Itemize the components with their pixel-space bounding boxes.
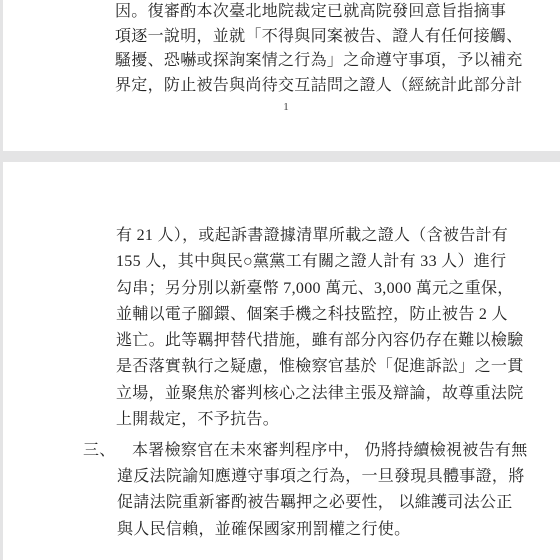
item-3-first-line-text: 本署檢察官在未來審判程序中， 仍將持續檢視被告有無: [132, 442, 528, 459]
text-line: 促請法院重新審酌被告羈押之必要性， 以維護司法公正: [3, 490, 560, 516]
text-line: 勾串；另分別以新臺幣 7,000 萬元、3,000 萬元之重保，: [3, 276, 560, 302]
text-line: 違反法院諭知應遵守事項之行為，一旦發現具體事證，將: [3, 464, 560, 490]
page-2-content: 有 21 人），或起訴書證據清單所載之證人（含被告計有155 人，其中與民○黨黨…: [3, 223, 560, 543]
text-line: 項逐一說明，並就「不得與同案被告、證人有任何接觸、: [3, 25, 560, 50]
text-line: 因。復審酌本次臺北地院裁定已就高院發回意旨指摘事: [3, 0, 560, 25]
document-viewer: 因。復審酌本次臺北地院裁定已就高院發回意旨指摘事項逐一說明，並就「不得與同案被告…: [0, 0, 560, 560]
item-3-wrapped-lines: 違反法院諭知應遵守事項之行為，一旦發現具體事證，將促請法院重新審酌被告羈押之必要…: [3, 464, 560, 543]
text-line: 立場，並聚焦於審判核心之法律主張及辯論，故尊重法院: [3, 381, 560, 407]
text-line: 是否落實執行之疑慮，惟檢察官基於「促進訴訟」之一貫: [3, 354, 560, 380]
text-line: 界定，防止被告與尚待交互詰問之證人（經統計此部分計: [3, 74, 560, 99]
text-line: 155 人，其中與民○黨黨工有關之證人計有 33 人）進行: [3, 249, 560, 275]
list-item-3: 三、本署檢察官在未來審判程序中， 仍將持續檢視被告有無 違反法院諭知應遵守事項之…: [3, 438, 560, 543]
text-line: 上開裁定，不予抗告。: [3, 407, 560, 433]
page-number: 1: [266, 101, 306, 113]
text-line: 三、本署檢察官在未來審判程序中， 仍將持續檢視被告有無: [3, 438, 560, 464]
page-2-paragraph: 有 21 人），或起訴書證據清單所載之證人（含被告計有155 人，其中與民○黨黨…: [3, 223, 560, 433]
text-line: 與人民信賴，並確保國家刑罰權之行使。: [3, 517, 560, 543]
text-line: 逃亡。此等羈押替代措施，雖有部分內容仍存在難以檢驗: [3, 328, 560, 354]
text-line: 騷擾、恐嚇或探詢案情之行為」之命遵守事項，予以補充: [3, 49, 560, 74]
page-2: 有 21 人），或起訴書證據清單所載之證人（含被告計有155 人，其中與民○黨黨…: [3, 162, 560, 560]
page-1: 因。復審酌本次臺北地院裁定已就高院發回意旨指摘事項逐一說明，並就「不得與同案被告…: [3, 0, 560, 151]
text-line: 有 21 人），或起訴書證據清單所載之證人（含被告計有: [3, 223, 560, 249]
item-3-marker: 三、: [83, 438, 132, 464]
page-1-paragraph: 因。復審酌本次臺北地院裁定已就高院發回意旨指摘事項逐一說明，並就「不得與同案被告…: [3, 0, 560, 99]
text-line: 並輔以電子腳鐶、個案手機之科技監控，防止被告 2 人: [3, 302, 560, 328]
